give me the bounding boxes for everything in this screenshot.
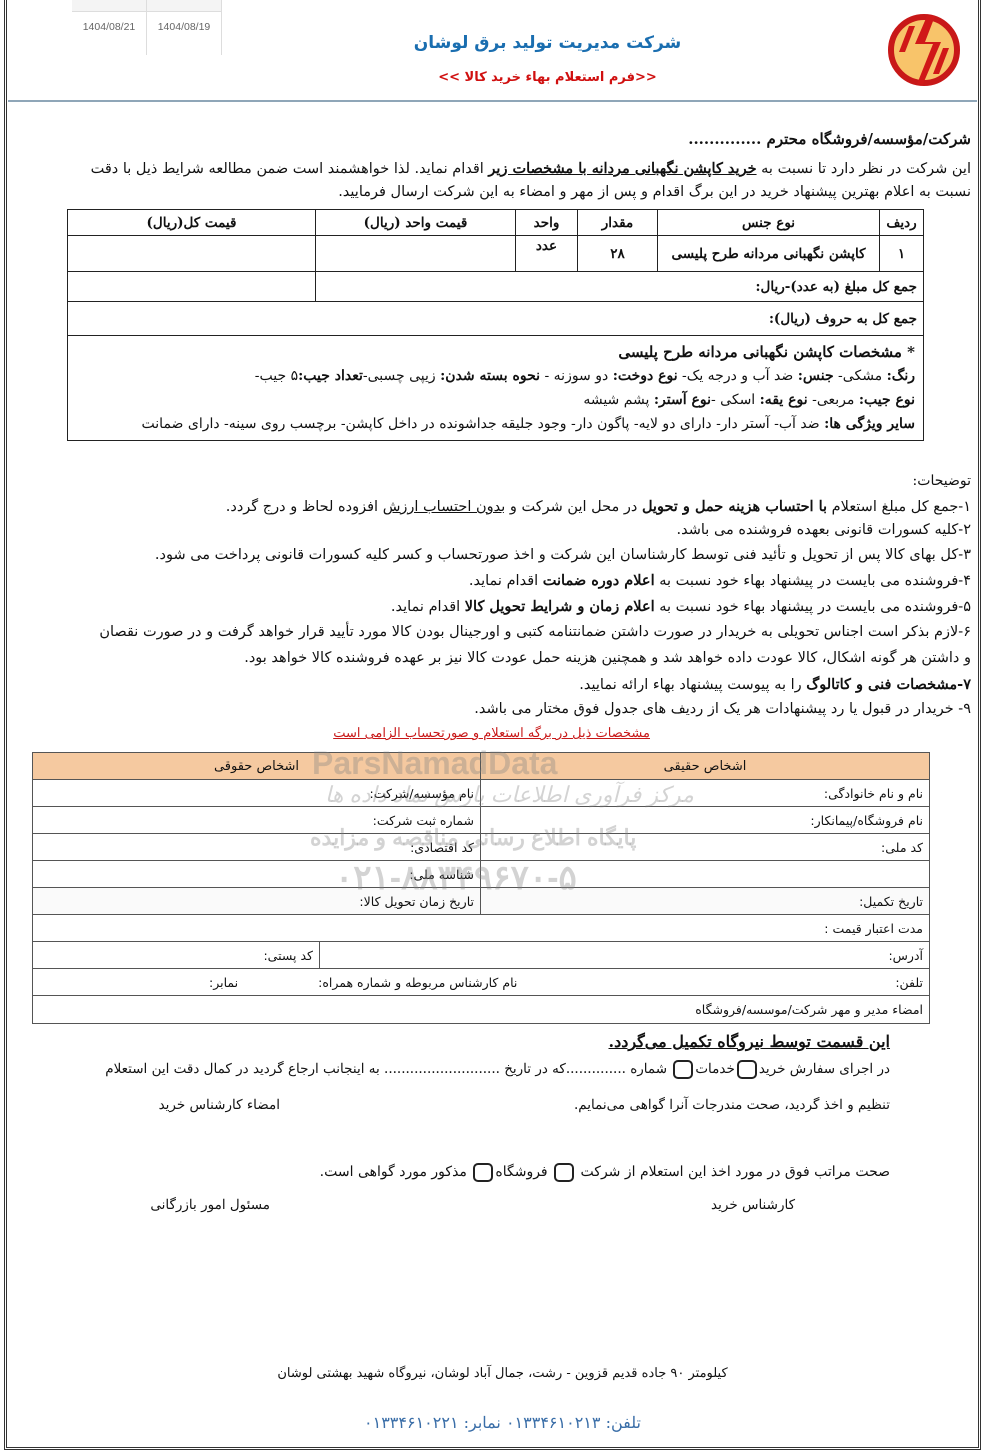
spec-line-3: سایر ویژگی ها: ضد آب- آستر دار- دارای دو… [76,412,915,436]
footer-address: کیلومتر ۹۰ جاده قدیم قزوین - رشت، جمال آ… [0,1366,985,1381]
national-id-field[interactable]: شناسه ملی: [33,861,481,888]
vendor-info-table: اشخاص حقیقی اشخاص حقوقی نام و نام خانواد… [32,752,930,1024]
empty-cell [481,861,930,888]
note-2: ۲-کلیه کسورات قانونی بعهده فروشنده می با… [677,519,971,542]
postal-code-field[interactable]: کد پستی: [33,942,320,969]
phone-row: تلفن: نام کارشناس مربوطه و شماره همراه: … [33,969,930,996]
contact-field[interactable]: نام کارشناس مربوطه و شماره همراه: [318,975,517,990]
phone-field[interactable]: تلفن: [895,975,923,990]
header-divider [8,100,977,102]
sum-numeric-label: جمع کل مبلغ (به عدد)-ریال: [316,272,924,302]
legal-persons-header: اشخاص حقوقی [33,753,481,780]
price-validity-field[interactable]: مدت اعتبار قیمت : [33,915,930,942]
col-unit: واحد [516,210,578,236]
company-name: شرکت مدیریت تولید برق لوشان [0,33,985,53]
spec-line-2: نوع جیب: مربعی- نوع یقه: اسکی -نوع آستر:… [76,388,915,412]
spec-title: * مشخصات کاپشن نگهبانی مردانه طرح پلیسی [76,340,915,364]
delivery-date-field[interactable]: تاریخ زمان تحویل کالا: [33,888,481,915]
sum-numeric-value[interactable] [68,272,316,302]
intro-line-1: این شرکت در نظر دارد تا نسبت به خرید کاپ… [10,157,971,181]
note-9: ۹- خریدار در قبول یا رد پیشنهادات هر یک … [474,698,971,721]
cell-qty: ۲۸ [578,236,658,272]
address-field[interactable]: آدرس: [320,942,930,969]
plant-line-1: در اجرای سفارش خریدخدمات شماره .........… [105,1058,890,1081]
plant-section-title: این قسمت توسط نیروگاه تکمیل می‌گردد. [609,1030,891,1053]
natural-persons-header: اشخاص حقیقی [481,753,930,780]
commerce-manager-label: مسئول امور بازرگانی [150,1194,270,1217]
purchase-checkbox[interactable] [737,1060,757,1079]
economic-code-field[interactable]: کد اقتصادی: [33,834,481,861]
sum-words-row: جمع کل به حروف (ریال): [68,302,924,336]
note-4: ۴-فروشنده می بایست در پیشنهاد بهاء خود ن… [469,569,971,593]
cell-unit-price[interactable] [316,236,516,272]
cell-unit: عدد [516,236,578,272]
spec-cell: * مشخصات کاپشن نگهبانی مردانه طرح پلیسی … [68,336,924,441]
services-checkbox[interactable] [673,1060,693,1079]
note-1: ۱-جمع کل مبلغ استعلام با احتساب هزینه حم… [226,495,971,519]
spec-line-1: رنگ: مشکی- جنس: ضد آب و درجه یک- نوع دوخ… [76,364,915,388]
note-6-line-1: ۶-لازم بذکر است اجناس تحویلی به خریدار د… [8,621,971,644]
note-5: ۵-فروشنده می بایست در پیشنهاد بهاء خود ن… [391,595,971,619]
cell-total[interactable] [68,236,316,272]
col-row: ردیف [880,210,924,236]
col-total: قیمت کل(ریال) [68,210,316,236]
sum-words-label: جمع کل به حروف (ریال): [68,302,924,336]
col-qty: مقدار [578,210,658,236]
note-3: ۳-کل بهای کالا پس از تحویل و تأئید فنی ت… [155,544,971,567]
col-unit-price: قیمت واحد (ریال) [316,210,516,236]
full-name-field[interactable]: نام و نام خانوادگی: [481,780,930,807]
signature-field[interactable]: امضاء مدیر و مهر شرکت/موسسه/فروشگاه [33,996,930,1024]
buyer-expert-label: کارشناس خرید [711,1194,795,1217]
national-code-field[interactable]: کد ملی: [481,834,930,861]
note-6-line-2: و داشتن هر گونه اشکال، کالا عودت داده خو… [244,647,971,670]
reg-number-field[interactable]: شماره ثبت شرکت: [33,807,481,834]
fax-field[interactable]: نمابر: [209,975,238,990]
company-checkbox[interactable] [554,1163,574,1182]
cell-item: کاپشن نگهبانی مردانه طرح پلیسی [658,236,880,272]
form-title: <<فرم استعلام بهاء خرید کالا >> [0,70,985,85]
note-7: ۷-مشخصات فنی و کاتالوگ را به پیوست پیشنه… [579,673,971,697]
table-row: ۱ کاپشن نگهبانی مردانه طرح پلیسی ۲۸ عدد [68,236,924,272]
completion-date-field[interactable]: تاریخ تکمیل: [481,888,930,915]
intro-highlight: خرید کاپشن نگهبانی مردانه با مشخصات زیر [488,160,756,177]
intro-line-2: نسبت به اعلام بهترین پیشنهاد خرید در این… [338,181,971,204]
spec-row: * مشخصات کاپشن نگهبانی مردانه طرح پلیسی … [68,336,924,441]
notes-title: توضیحات: [913,470,971,493]
shop-name-field[interactable]: نام فروشگاه/پیمانکار: [481,807,930,834]
plant-line-3: صحت مراتب فوق در مورد اخذ این استعلام از… [320,1161,890,1184]
col-item: نوع جنس [658,210,880,236]
plant-line-2: تنظیم و اخذ گردید، صحت مندرجات آنرا گواه… [574,1094,890,1117]
mandatory-note: مشخصات ذیل در برگه استعلام و صورتحساب ال… [333,722,650,745]
salutation: شرکت/مؤسسه/فروشگاه محترم .............. [688,128,971,151]
shop-checkbox[interactable] [473,1163,493,1182]
cell-row: ۱ [880,236,924,272]
buyer-signature-label: امضاء کارشناس خرید [159,1094,280,1117]
items-table: ردیف نوع جنس مقدار واحد قیمت واحد (ریال)… [67,209,924,441]
institute-name-field[interactable]: نام مؤسسه/شرکت: [33,780,481,807]
footer-phone: تلفن: ۰۱۳۳۴۶۱۰۲۱۳ نمابر: ۰۱۳۳۴۶۱۰۲۲۱ [0,1413,985,1432]
sum-numeric-row: جمع کل مبلغ (به عدد)-ریال: [68,272,924,302]
items-header-row: ردیف نوع جنس مقدار واحد قیمت واحد (ریال)… [68,210,924,236]
